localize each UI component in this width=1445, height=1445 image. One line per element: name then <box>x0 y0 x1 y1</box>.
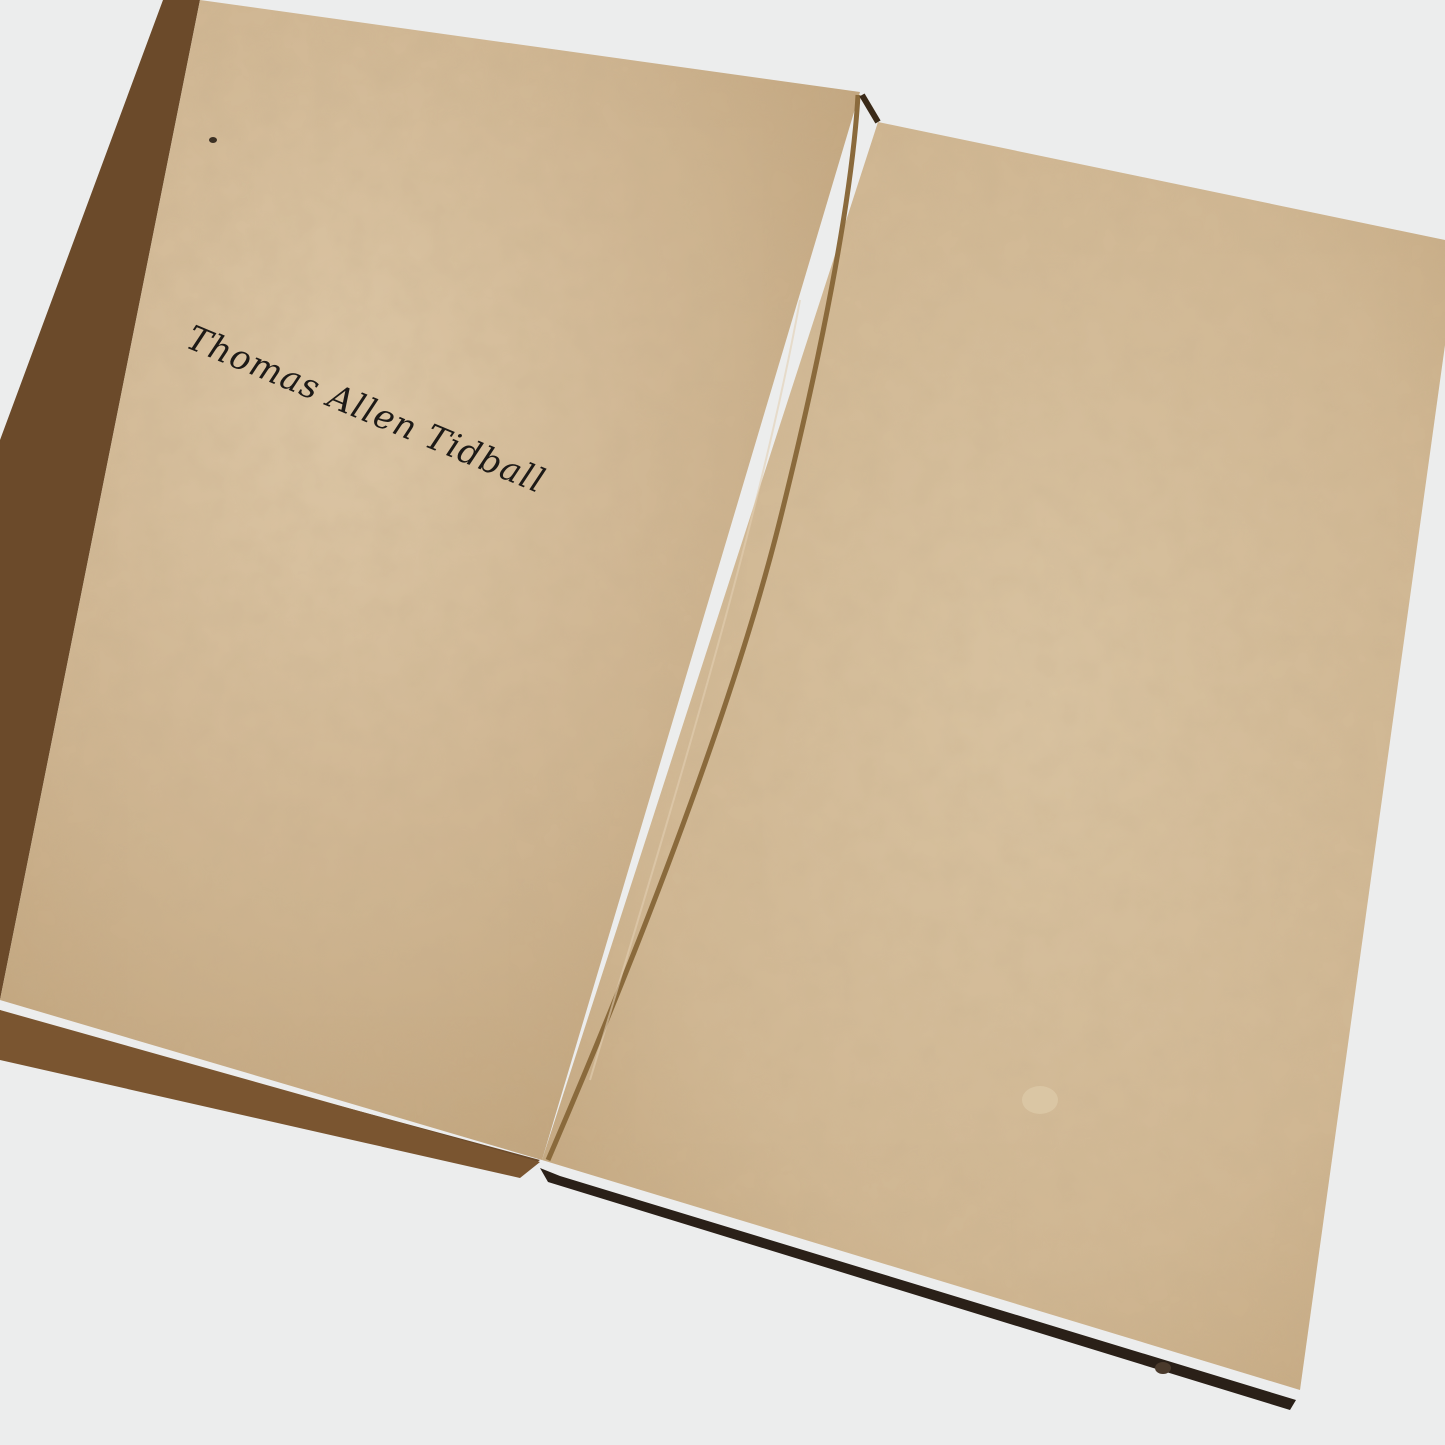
photo-scene: Thomas Allen Tidball <box>0 0 1445 1445</box>
open-book <box>0 0 1445 1445</box>
